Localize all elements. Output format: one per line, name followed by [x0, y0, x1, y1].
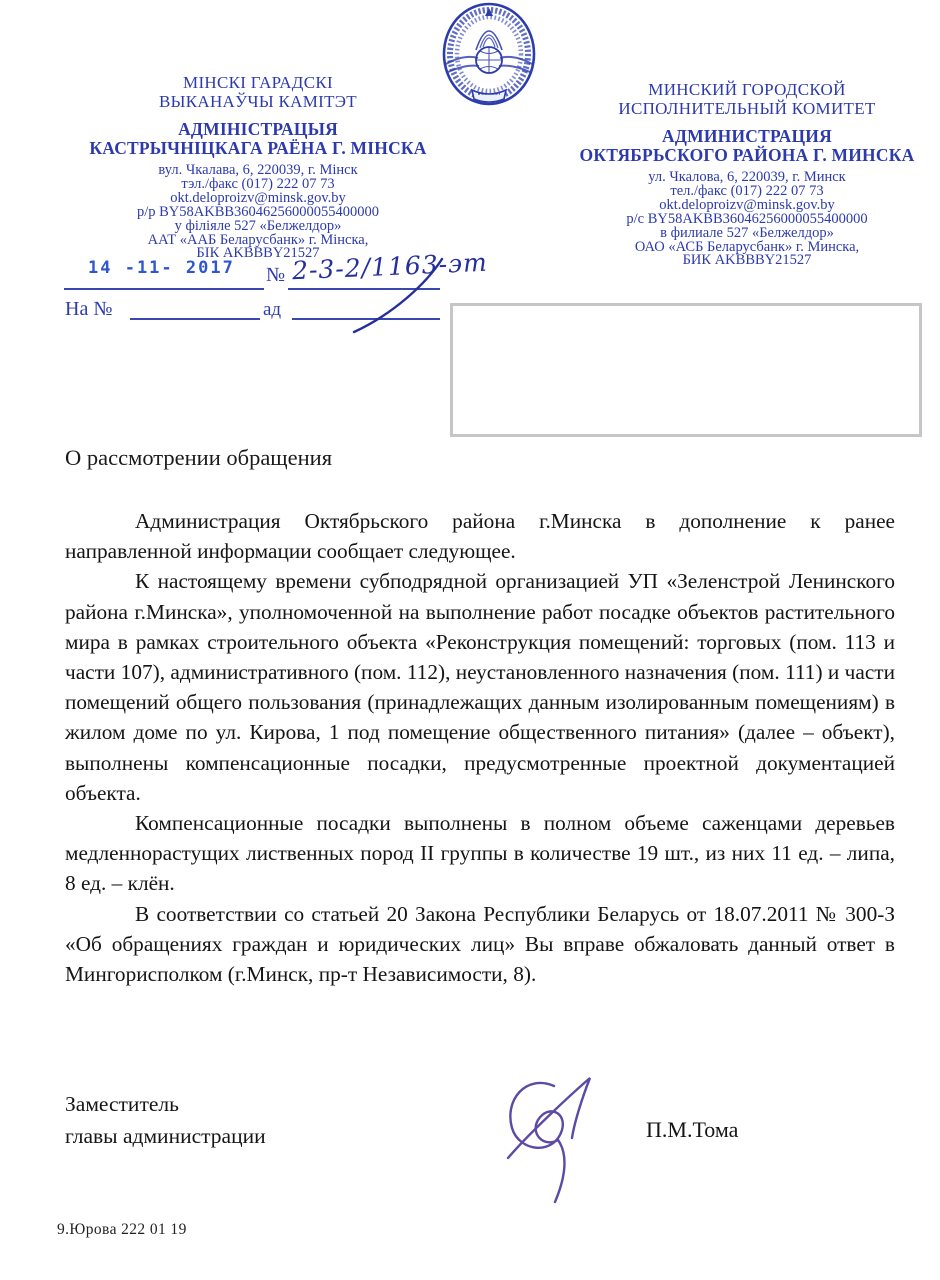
org-parent-line: МИНСКИЙ ГОРОДСКОЙ [554, 81, 940, 100]
body-paragraph: Администрация Октябрьского района г.Минс… [65, 506, 895, 566]
executor-contact: 9.Юрова 222 01 19 [57, 1221, 187, 1239]
subject-line: О рассмотрении обращения [65, 445, 332, 471]
signer-position-line: главы администрации [65, 1120, 266, 1152]
letterhead-russian: МИНСКИЙ ГОРОДСКОЙ ИСПОЛНИТЕЛЬНЫЙ КОМИТЕТ… [554, 81, 940, 268]
signer-name: П.М.Тома [646, 1117, 738, 1143]
address-line: БИК AKBBBY21527 [554, 254, 940, 268]
body-paragraph: К настоящему времени субподрядной органи… [65, 566, 895, 808]
reply-to-label: На № [65, 298, 112, 321]
org-name-line: КАСТРЫЧНІЦКАГА РАЁНА Г. МІНСКА [60, 139, 456, 158]
org-parent-line: ИСПОЛНИТЕЛЬНЫЙ КОМИТЕТ [554, 100, 940, 119]
pen-stroke [348, 256, 448, 336]
handwritten-signature [492, 1072, 607, 1207]
body-paragraph: Компенсационные посадки выполнены в полн… [65, 808, 895, 899]
org-parent-line: МІНСКІ ГАРАДСКІ [60, 74, 456, 93]
letterhead-belarusian: МІНСКІ ГАРАДСКІ ВЫКАНАЎЧЫ КАМІТЭТ АДМІНІ… [60, 74, 456, 261]
body-paragraph: В соответствии со статьей 20 Закона Респ… [65, 899, 895, 990]
org-parent-line: ВЫКАНАЎЧЫ КАМІТЭТ [60, 93, 456, 112]
org-name-line: АДМИНИСТРАЦИЯ [554, 127, 940, 146]
scanned-letter-page: МІНСКІ ГАРАДСКІ ВЫКАНАЎЧЫ КАМІТЭТ АДМІНІ… [0, 0, 940, 1280]
date-stamp: 14 -11- 2017 [88, 258, 235, 278]
signer-position: Заместитель главы администрации [65, 1088, 266, 1152]
reply-date-label: ад [263, 299, 281, 321]
signer-position-line: Заместитель [65, 1088, 266, 1120]
reply-number-underline [130, 318, 260, 320]
date-underline [64, 288, 264, 290]
org-name-line: ОКТЯБРЬСКОГО РАЙОНА Г. МИНСКА [554, 146, 940, 165]
letter-body: Администрация Октябрьского района г.Минс… [65, 506, 895, 989]
number-label: № [266, 264, 285, 287]
org-name-line: АДМІНІСТРАЦЫЯ [60, 120, 456, 139]
addressee-box [450, 303, 922, 437]
